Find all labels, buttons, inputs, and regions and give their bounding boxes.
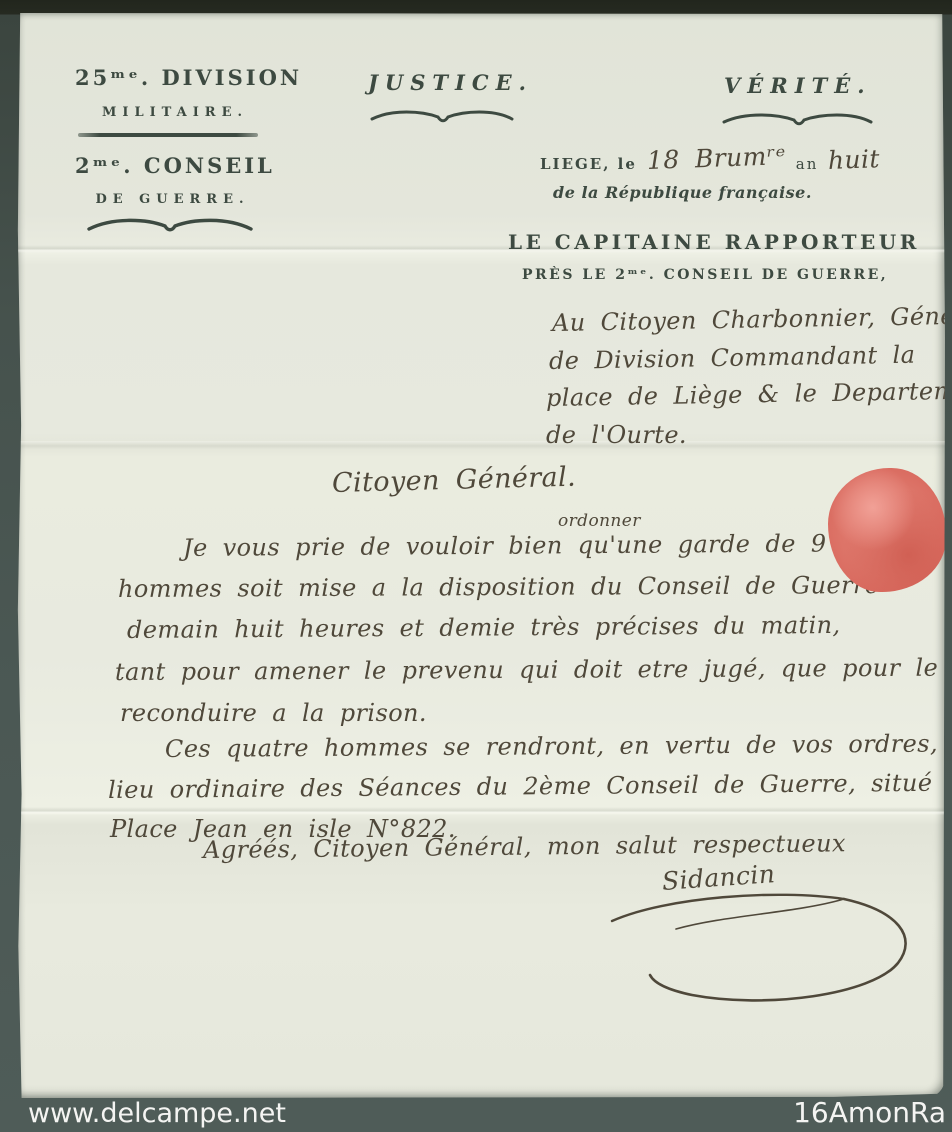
- motto-verite: VÉRITÉ.: [724, 73, 872, 98]
- body-line: Ces quatre hommes se rendront, en vertu …: [165, 729, 945, 763]
- dateline-republic: de la République française.: [553, 183, 812, 202]
- dateline-place: LIEGE, le: [540, 155, 637, 173]
- flourish-ornament-icon: [368, 106, 516, 126]
- watermark-amonra: 16AmonRa: [793, 1096, 946, 1129]
- letterhead-conseil-line1: 2ᵐᵉ. CONSEIL: [75, 153, 275, 178]
- fold-crease: [16, 807, 945, 815]
- address-line: de Division Commandant la: [549, 341, 916, 375]
- dateline-year-handwritten: huit: [828, 144, 881, 175]
- address-line: Au Citoyen Charbonnier, Général: [552, 301, 945, 337]
- letter-paper: 25ᵐᵉ. DIVISION MILITAIRE. 2ᵐᵉ. CONSEIL D…: [16, 13, 945, 1098]
- watermark-delcampe: www.delcampe.net: [28, 1098, 286, 1129]
- flourish-ornament-icon: [85, 214, 255, 236]
- closing-line: Agréés, Citoyen Général, mon salut respe…: [203, 829, 846, 864]
- address-line: place de Liège & le Departemᵗ: [546, 377, 945, 412]
- address-line: de l'Ourte.: [546, 421, 687, 449]
- letterhead-division-line2: MILITAIRE.: [75, 105, 275, 120]
- body-line: demain huit heures et demie très précise…: [127, 611, 841, 644]
- body-line: reconduire a la prison.: [120, 699, 427, 727]
- body-line: hommes soit mise a la disposition du Con…: [118, 571, 880, 603]
- motto-justice: JUSTICE.: [368, 70, 533, 95]
- body-line: lieu ordinaire des Séances du 2ème Conse…: [108, 769, 933, 804]
- office-title-line2: PRÈS LE 2ᵐᵉ. CONSEIL DE GUERRE,: [522, 267, 888, 283]
- office-title-line1: LE CAPITAINE RAPPORTEUR: [508, 230, 920, 254]
- wax-seal: [828, 468, 945, 592]
- body-line: tant pour amener le prevenu qui doit etr…: [115, 654, 938, 686]
- inserted-word: ordonner: [558, 511, 641, 531]
- flourish-ornament-icon: [720, 109, 875, 129]
- body-line: Je vous prie de vouloir bien qu'une gard…: [183, 530, 827, 562]
- letter-scan: 25ᵐᵉ. DIVISION MILITAIRE. 2ᵐᵉ. CONSEIL D…: [0, 0, 952, 1132]
- dateline-date-handwritten: 18 Brumʳᵉ: [646, 141, 786, 175]
- salutation: Citoyen Général.: [332, 462, 577, 499]
- letterhead-division-line1: 25ᵐᵉ. DIVISION: [75, 65, 302, 90]
- letterhead-conseil-line2: DE GUERRE.: [75, 192, 270, 207]
- dateline-an: an: [796, 155, 819, 173]
- signature-paraph-icon: [606, 885, 936, 1029]
- letterhead-rule: [78, 133, 258, 137]
- fold-crease: [16, 441, 945, 449]
